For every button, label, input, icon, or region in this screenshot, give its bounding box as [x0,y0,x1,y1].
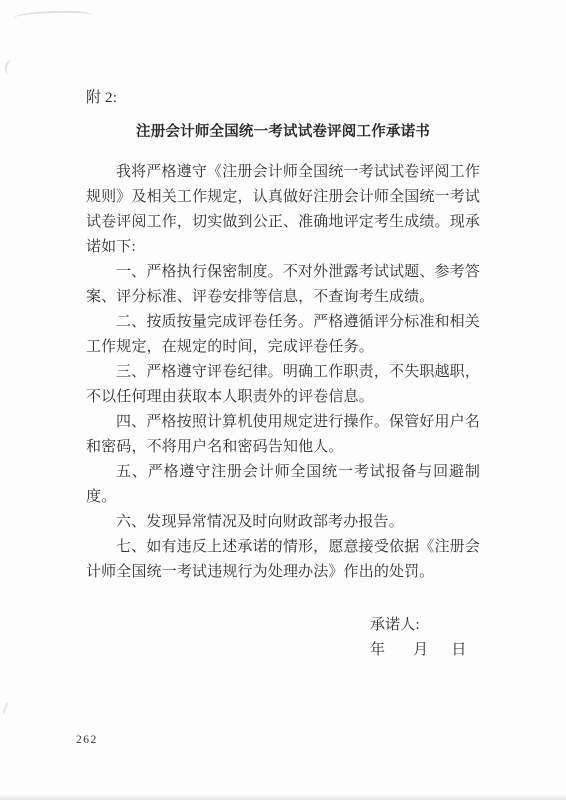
commitment-item-5: 五、严格遵守注册会计师全国统一考试报备与回避制度。 [86,460,480,510]
document-content: 附 2: 注册会计师全国统一考试试卷评阅工作承诺书 我将严格遵守《注册会计师全国… [86,86,480,663]
document-title: 注册会计师全国统一考试试卷评阅工作承诺书 [86,120,480,145]
commitment-item-7: 七、如有违反上述承诺的情形，愿意接受依据《注册会计师全国统一考试违规行为处理办法… [86,535,480,585]
page-number: 262 [76,734,98,746]
signature-block: 承诺人: 年月日 [370,613,480,663]
scan-edge-shadow [0,795,566,800]
day-label: 日 [451,642,466,658]
attachment-label: 附 2: [86,86,480,111]
month-label: 月 [413,642,428,658]
document-body: 我将严格遵守《注册会计师全国统一考试试卷评阅工作规则》及相关工作规定，认真做好注… [86,160,480,585]
commitment-item-3: 三、严格遵守评卷纪律。明确工作职责，不失职越职，不以任何理由获取本人职责外的评卷… [86,360,480,410]
scan-artifact-bottom-left [2,703,16,718]
commitment-item-1: 一、严格执行保密制度。不对外泄露考试试题、参考答案、评分标准、评卷安排等信息，不… [86,260,480,310]
commitment-item-2: 二、按质按量完成评卷任务。严格遵循评分标准和相关工作规定，在规定的时间，完成评卷… [86,310,480,360]
scan-artifact-top-left [14,10,92,24]
scan-artifact-left-edge [3,59,17,76]
scanned-document-page: 附 2: 注册会计师全国统一考试试卷评阅工作承诺书 我将严格遵守《注册会计师全国… [0,0,566,800]
date-line: 年月日 [370,638,480,663]
intro-paragraph: 我将严格遵守《注册会计师全国统一考试试卷评阅工作规则》及相关工作规定，认真做好注… [86,160,480,260]
commitment-item-6: 六、发现异常情况及时向财政部考办报告。 [86,510,480,535]
promisor-label: 承诺人: [370,613,480,638]
commitment-item-4: 四、严格按照计算机使用规定进行操作。保管好用户名和密码，不将用户名和密码告知他人… [86,410,480,460]
year-label: 年 [370,642,385,658]
